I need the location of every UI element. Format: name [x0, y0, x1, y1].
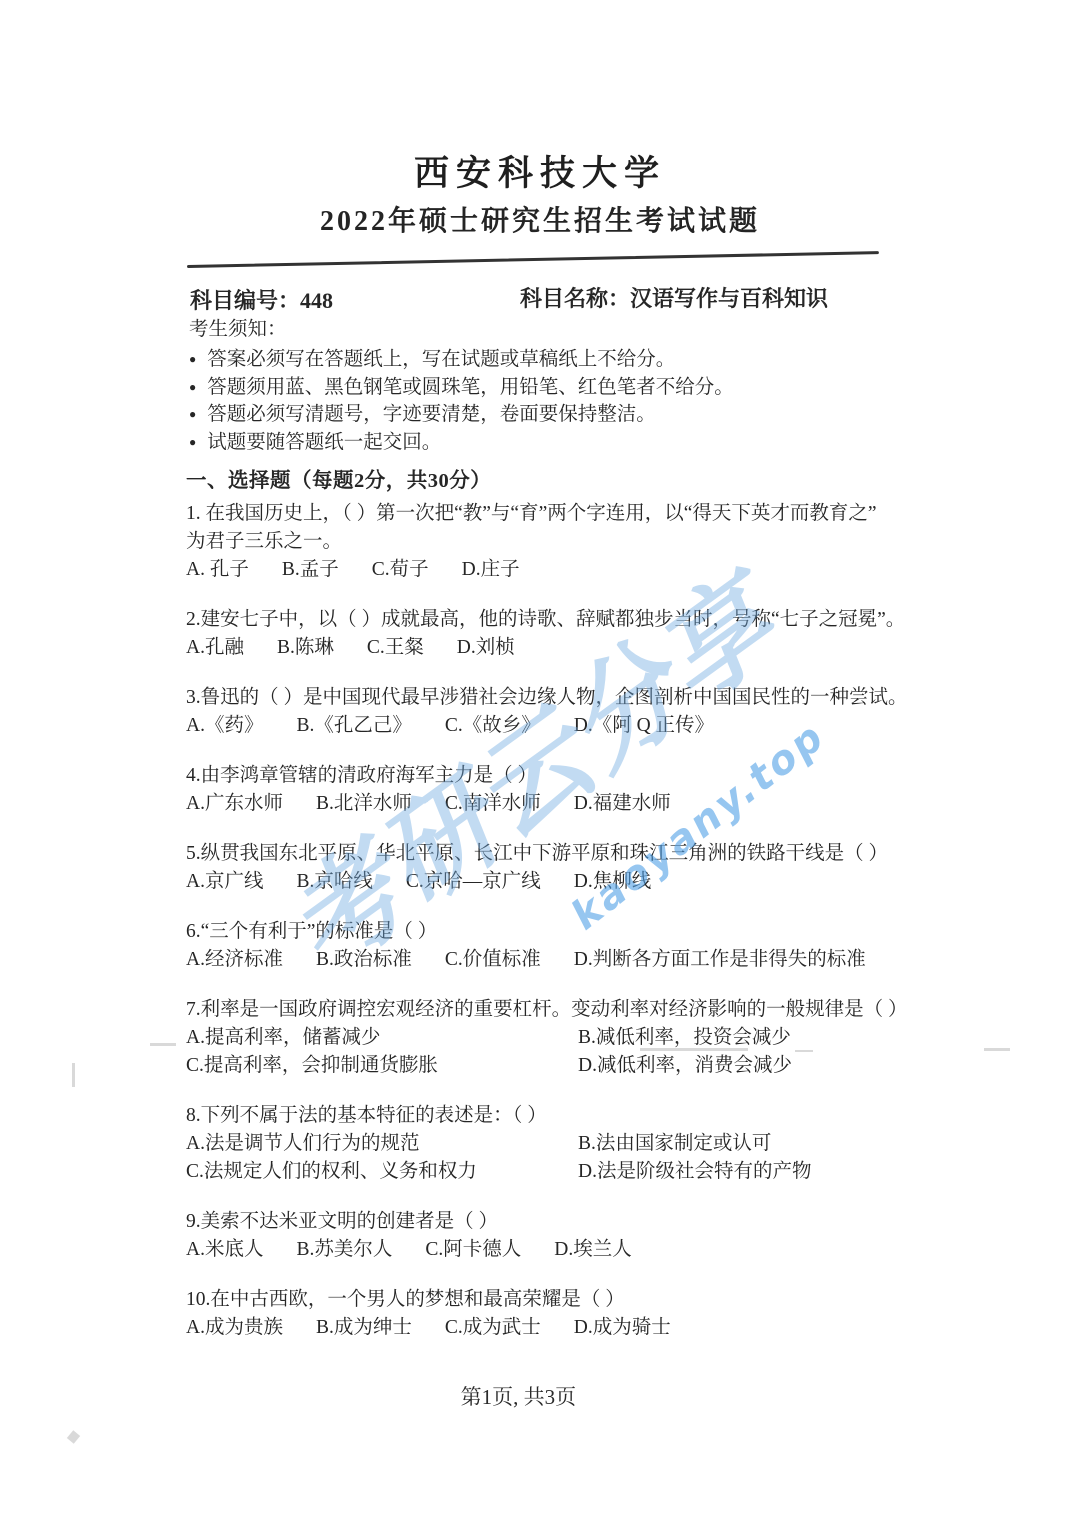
- question-stem: 1. 在我国历史上，（ ）第一次把“教”与“育”两个字连用，以“得天下英才而教育…: [186, 500, 898, 528]
- option: D.成为骑士: [574, 1314, 671, 1342]
- section-title: 一、选择题（每题2分，共30分）: [186, 467, 898, 495]
- scan-artifact: [984, 1048, 1010, 1051]
- question-3: 3.鲁迅的（ ）是中国现代最早涉猎社会边缘人物，企图剖析中国国民性的一种尝试。A…: [186, 684, 898, 740]
- option: D.焦柳线: [574, 868, 651, 896]
- option-row: A.成为贵族B.成为绅士C.成为武士D.成为骑士: [186, 1314, 898, 1342]
- option: C.法规定人们的权利、义务和权力: [186, 1158, 578, 1186]
- option-row: A.提高利率，储蓄减少B.减低利率，投资会减少: [186, 1024, 898, 1052]
- question-stem: 9.美索不达米亚文明的创建者是（ ）: [186, 1208, 898, 1236]
- exam-paper-page: 西安科技大学 2022年硕士研究生招生考试试题 科目编号：448 科目名称：汉语…: [0, 0, 1080, 1527]
- option-row: A.《药》B.《孔乙己》C.《故乡》D.《阿 Q 正传》: [186, 712, 898, 740]
- page-number: 第1页, 共3页: [0, 1381, 1037, 1411]
- bullet-icon: ●: [189, 401, 196, 429]
- option: C.成为武士: [445, 1314, 541, 1342]
- option: B.《孔乙己》: [296, 712, 411, 740]
- option: D.庄子: [462, 556, 520, 584]
- subject-name: 科目名称：汉语写作与百科知识: [520, 282, 828, 313]
- option: B.政治标准: [316, 946, 412, 974]
- scan-artifact: [150, 1043, 176, 1046]
- question-1: 1. 在我国历史上，（ ）第一次把“教”与“育”两个字连用，以“得天下英才而教育…: [186, 500, 898, 584]
- option-row: C.提高利率，会抑制通货膨胀D.减低利率，消费会减少: [186, 1052, 898, 1080]
- header-divider: [187, 251, 879, 268]
- option: B.法由国家制定或认可: [578, 1130, 771, 1158]
- university-title: 西安科技大学: [0, 146, 1080, 196]
- notice-item-4: ●试题要随答题纸一起交回。: [189, 429, 899, 457]
- option: A.法是调节人们行为的规范: [186, 1130, 578, 1158]
- option: C.王粲: [367, 634, 424, 662]
- exam-title: 2022年硕士研究生招生考试试题: [0, 199, 1080, 239]
- question-10: 10.在中古西欧，一个男人的梦想和最高荣耀是（ ）A.成为贵族B.成为绅士C.成…: [186, 1286, 898, 1342]
- question-section: 一、选择题（每题2分，共30分） 1. 在我国历史上，（ ）第一次把“教”与“育…: [186, 467, 898, 1364]
- option: B.减低利率，投资会减少: [578, 1024, 791, 1052]
- option-row: A.法是调节人们行为的规范B.法由国家制定或认可: [186, 1130, 898, 1158]
- option-row: A.广东水师B.北洋水师C.南洋水师D.福建水师: [186, 790, 898, 818]
- option: C.《故乡》: [445, 712, 541, 740]
- questions-list: 1. 在我国历史上，（ ）第一次把“教”与“育”两个字连用，以“得天下英才而教育…: [186, 500, 898, 1342]
- question-stem: 10.在中古西欧，一个男人的梦想和最高荣耀是（ ）: [186, 1286, 898, 1314]
- option: B.京哈线: [296, 868, 372, 896]
- bullet-icon: ●: [189, 374, 196, 402]
- scan-artifact: [72, 1063, 75, 1087]
- option-row: C.法规定人们的权利、义务和权力D.法是阶级社会特有的产物: [186, 1158, 898, 1186]
- notice-item-text: 答题须用蓝、黑色钢笔或圆珠笔，用铅笔、红色笔者不给分。: [207, 377, 734, 398]
- option: D.刘桢: [457, 634, 515, 662]
- option: B.孟子: [282, 556, 339, 584]
- question-9: 9.美索不达米亚文明的创建者是（ ）A.米底人B.苏美尔人C.阿卡德人D.埃兰人: [186, 1208, 898, 1264]
- bullet-icon: ●: [189, 429, 196, 457]
- option: B.北洋水师: [316, 790, 412, 818]
- option: A.提高利率，储蓄减少: [186, 1024, 578, 1052]
- option: B.苏美尔人: [296, 1236, 392, 1264]
- question-stem: 为君子三乐之一。: [186, 528, 898, 556]
- option: C.阿卡德人: [425, 1236, 521, 1264]
- option: A.《药》: [186, 712, 263, 740]
- subject-name-label: 科目名称：: [520, 286, 630, 311]
- candidate-notice: 考生须知： ●答案必须写在答题纸上，写在试题或草稿纸上不给分。●答题须用蓝、黑色…: [189, 316, 899, 456]
- subject-name-value: 汉语写作与百科知识: [630, 286, 828, 311]
- question-stem: 3.鲁迅的（ ）是中国现代最早涉猎社会边缘人物，企图剖析中国国民性的一种尝试。: [186, 684, 898, 712]
- question-7: 7.利率是一国政府调控宏观经济的重要杠杆。变动利率对经济影响的一般规律是（ ）A…: [186, 996, 898, 1080]
- question-2: 2.建安七子中，以（ ）成就最高，他的诗歌、辞赋都独步当时，号称“七子之冠冕”。…: [186, 606, 898, 662]
- option: D.《阿 Q 正传》: [574, 712, 714, 740]
- option: C.京哈—京广线: [406, 868, 541, 896]
- notice-item-text: 试题要随答题纸一起交回。: [207, 432, 441, 453]
- notice-item-2: ●答题须用蓝、黑色钢笔或圆珠笔，用铅笔、红色笔者不给分。: [189, 374, 899, 402]
- option: A.孔融: [186, 634, 244, 662]
- subject-code: 科目编号：448: [190, 284, 333, 315]
- question-stem: 2.建安七子中，以（ ）成就最高，他的诗歌、辞赋都独步当时，号称“七子之冠冕”。: [186, 606, 898, 634]
- option-row: A.米底人B.苏美尔人C.阿卡德人D.埃兰人: [186, 1236, 898, 1264]
- option-row: A.京广线B.京哈线C.京哈—京广线D.焦柳线: [186, 868, 898, 896]
- notice-item-text: 答案必须写在答题纸上，写在试题或草稿纸上不给分。: [207, 349, 675, 370]
- option: A. 孔子: [186, 556, 249, 584]
- question-stem: 6.“三个有利于”的标准是（ ）: [186, 918, 898, 946]
- option: B.成为绅士: [316, 1314, 412, 1342]
- option: A.京广线: [186, 868, 263, 896]
- question-8: 8.下列不属于法的基本特征的表述是：（ ）A.法是调节人们行为的规范B.法由国家…: [186, 1102, 898, 1186]
- question-6: 6.“三个有利于”的标准是（ ）A.经济标准B.政治标准C.价值标准D.判断各方…: [186, 918, 898, 974]
- option: D.法是阶级社会特有的产物: [578, 1158, 811, 1186]
- notice-item-3: ●答题必须写清题号，字迹要清楚，卷面要保持整洁。: [189, 401, 899, 429]
- notice-title: 考生须知：: [189, 316, 899, 344]
- subject-code-label: 科目编号：: [190, 288, 300, 313]
- bullet-icon: ●: [189, 346, 196, 374]
- option: D.埃兰人: [554, 1236, 631, 1264]
- option: C.提高利率，会抑制通货膨胀: [186, 1052, 578, 1080]
- subject-code-value: 448: [300, 288, 333, 313]
- option: C.价值标准: [445, 946, 541, 974]
- question-5: 5.纵贯我国东北平原、华北平原、长江中下游平原和珠江三角洲的铁路干线是（ ）A.…: [186, 840, 898, 896]
- option: A.经济标准: [186, 946, 283, 974]
- question-stem: 8.下列不属于法的基本特征的表述是：（ ）: [186, 1102, 898, 1130]
- question-stem: 5.纵贯我国东北平原、华北平原、长江中下游平原和珠江三角洲的铁路干线是（ ）: [186, 840, 898, 868]
- option-row: A. 孔子B.孟子C.荀子D.庄子: [186, 556, 898, 584]
- option: C.荀子: [372, 556, 429, 584]
- option: D.减低利率，消费会减少: [578, 1052, 792, 1080]
- notice-list: ●答案必须写在答题纸上，写在试题或草稿纸上不给分。●答题须用蓝、黑色钢笔或圆珠笔…: [189, 346, 899, 456]
- scan-artifact: [67, 1430, 80, 1443]
- notice-item-1: ●答案必须写在答题纸上，写在试题或草稿纸上不给分。: [189, 346, 899, 374]
- notice-item-text: 答题必须写清题号，字迹要清楚，卷面要保持整洁。: [207, 404, 656, 425]
- option: A.成为贵族: [186, 1314, 283, 1342]
- option-row: A.孔融B.陈琳C.王粲D.刘桢: [186, 634, 898, 662]
- option: D.判断各方面工作是非得失的标准: [574, 946, 866, 974]
- option: C.南洋水师: [445, 790, 541, 818]
- option: A.广东水师: [186, 790, 283, 818]
- option-row: A.经济标准B.政治标准C.价值标准D.判断各方面工作是非得失的标准: [186, 946, 898, 974]
- option: D.福建水师: [574, 790, 671, 818]
- question-stem: 4.由李鸿章管辖的清政府海军主力是（ ）: [186, 762, 898, 790]
- option: A.米底人: [186, 1236, 263, 1264]
- option: B.陈琳: [277, 634, 334, 662]
- question-4: 4.由李鸿章管辖的清政府海军主力是（ ）A.广东水师B.北洋水师C.南洋水师D.…: [186, 762, 898, 818]
- question-stem: 7.利率是一国政府调控宏观经济的重要杠杆。变动利率对经济影响的一般规律是（ ）: [186, 996, 898, 1024]
